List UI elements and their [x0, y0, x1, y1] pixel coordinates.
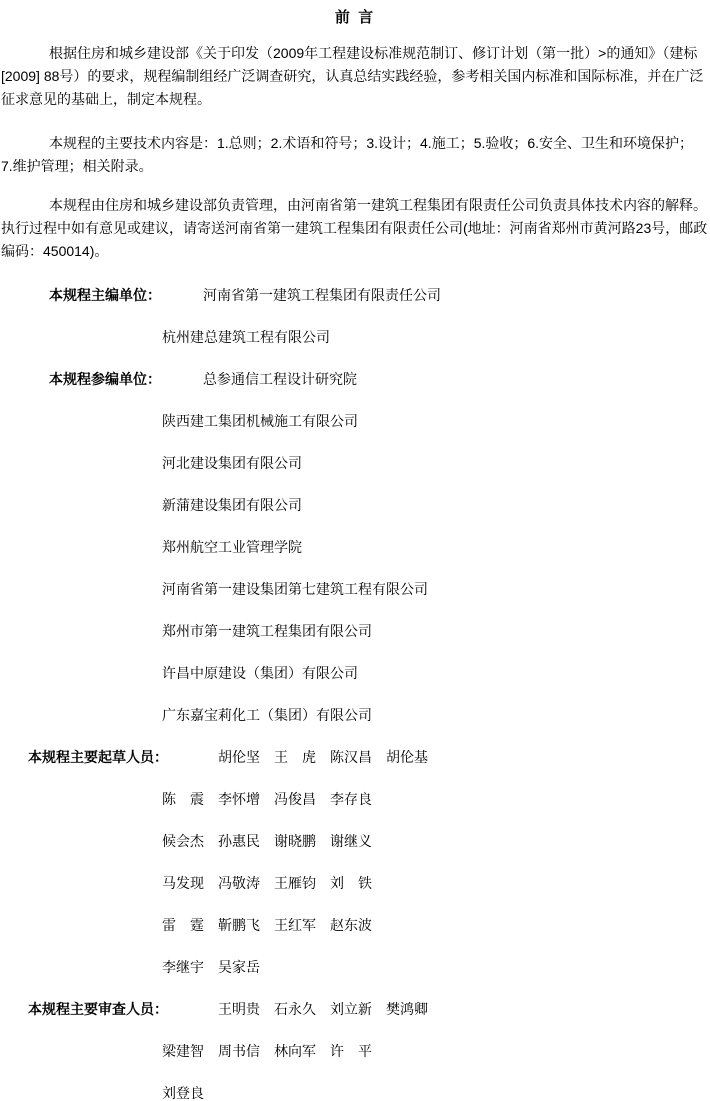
drafter-names: 李继宇 吴家岳: [162, 959, 260, 975]
reviewers-label: 本规程主要审查人员：: [28, 1001, 168, 1017]
participating-editor-unit: 新蒲建设集团有限公司: [162, 497, 302, 513]
participating-editor-unit: 河南省第一建设集团第七建筑工程有限公司: [162, 581, 428, 597]
chief-editor-unit: 河南省第一建筑工程集团有限责任公司: [203, 287, 441, 303]
chief-editor-unit: 杭州建总建筑工程有限公司: [162, 329, 330, 345]
page-title: 前 言: [0, 6, 710, 27]
reviewer-names: 梁建智 周书信 林向军 许 平: [162, 1043, 372, 1059]
paragraph-line: 本规程由住房和城乡建设部负责管理，由河南省第一建筑工程集团有限责任公司负责具体技…: [49, 197, 707, 213]
drafter-names: 雷 霆 靳鹏飞 王红军 赵东波: [162, 917, 372, 933]
chief-editor-label: 本规程主编单位：: [49, 287, 161, 303]
paragraph-line: [2009] 88号）的要求，规程编制组经广泛调查研究，认真总结实践经验，参考相…: [1, 68, 703, 84]
participating-editor-unit: 许昌中原建设（集团）有限公司: [162, 665, 358, 681]
paragraph-line: 本规程的主要技术内容是：1.总则；2.术语和符号；3.设计；4.施工；5.验收；…: [49, 135, 693, 151]
paragraph-line: 根据住房和城乡建设部《关于印发（2009年工程建设标准规范制订、修订计划（第一批…: [49, 45, 697, 61]
participating-editor-unit: 河北建设集团有限公司: [162, 455, 302, 471]
paragraph-line: 编码：450014)。: [1, 243, 108, 259]
drafter-names: 马发现 冯敬涛 王雁钧 刘 铁: [162, 875, 372, 891]
participating-editor-unit: 陕西建工集团机械施工有限公司: [162, 413, 358, 429]
reviewer-names: 王明贵 石永久 刘立新 樊鸿卿: [218, 1001, 428, 1017]
document-page: 前 言 根据住房和城乡建设部《关于印发（2009年工程建设标准规范制订、修订计划…: [0, 0, 710, 1101]
drafters-label: 本规程主要起草人员：: [28, 749, 168, 765]
drafter-names: 胡伦坚 王 虎 陈汉昌 胡伦基: [218, 749, 428, 765]
participating-editor-unit: 广东嘉宝莉化工（集团）有限公司: [162, 707, 372, 723]
reviewer-names: 刘登良: [162, 1085, 204, 1101]
paragraph-line: 执行过程中如有意见或建议，请寄送河南省第一建筑工程集团有限责任公司(地址：河南省…: [1, 220, 707, 236]
participating-editor-unit: 郑州航空工业管理学院: [162, 539, 302, 555]
paragraph-line: 7.维护管理；相关附录。: [1, 158, 153, 174]
participating-editor-unit: 总参通信工程设计研究院: [203, 371, 357, 387]
participating-editors-label: 本规程参编单位：: [49, 371, 161, 387]
drafter-names: 陈 震 李怀增 冯俊昌 李存良: [162, 791, 372, 807]
participating-editor-unit: 郑州市第一建筑工程集团有限公司: [162, 623, 372, 639]
drafter-names: 候会杰 孙惠民 谢晓鹏 谢继义: [162, 833, 372, 849]
paragraph-line: 征求意见的基础上，制定本规程。: [1, 91, 211, 107]
